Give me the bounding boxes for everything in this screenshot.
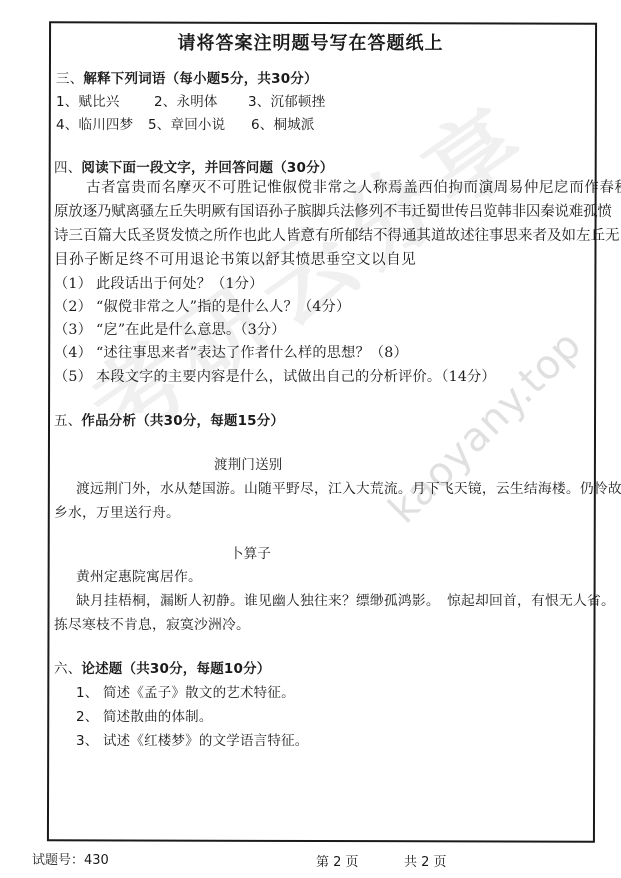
page-number: 第 2 页 <box>316 851 359 870</box>
essay-question-3: 3、 试述《红楼梦》的文学语言特征。 <box>76 732 308 750</box>
passage-line-4: 目孙子断足终不可用退论书策以舒其愤思垂空文以自见 <box>54 251 416 269</box>
question-3-number: （3） <box>54 321 96 339</box>
page-total: 共 2 页 <box>404 851 447 870</box>
passage-line-1: 古者富贵而名摩灭不可胜记惟俶傥非常之人称焉盖西伯拘而演周易仲尼戹而作春秋屈 <box>86 179 621 197</box>
vocab-row-1: 1、赋比兴2、永明体3、沉郁顿挫 <box>56 93 325 111</box>
section-6-title: 论述题（共30分，每题10分） <box>81 661 270 677</box>
essay-question-2: 2、 简述散曲的体制。 <box>76 708 213 726</box>
poem-2-preface: 黄州定惠院寓居作。 <box>76 568 202 586</box>
section-6-number: 六、 <box>54 661 81 677</box>
question-1: （1）此段话出于何处？（1分） <box>54 275 264 293</box>
question-3-text: “戹”在此是什么意思。（3分） <box>96 322 286 338</box>
question-5-text: 本段文字的主要内容是什么，试做出自己的分析评价。（14分） <box>96 369 496 385</box>
section-5-heading: 五、作品分析（共30分，每题15分） <box>54 412 284 430</box>
vocab-item-1: 1、赋比兴 <box>56 93 154 111</box>
section-3-heading: 三、解释下列词语（每小题5分，共30分） <box>56 70 318 88</box>
question-4: （4）“述往事思来者”表达了作者什么样的思想？（8） <box>54 344 408 362</box>
vocab-item-6: 6、桐城派 <box>251 116 315 134</box>
vocab-item-5: 5、章回小说 <box>148 116 251 134</box>
question-5-number: （5） <box>54 368 96 386</box>
question-5: （5）本段文字的主要内容是什么，试做出自己的分析评价。（14分） <box>54 368 496 386</box>
question-2-text: “俶傥非常之人”指的是什么人？（4分） <box>96 299 350 315</box>
question-2-number: （2） <box>54 298 96 316</box>
passage-line-2: 原放逐乃赋离骚左丘失明厥有国语孙子膑脚兵法修列不韦迁蜀世传吕览韩非囚秦说难孤愤 <box>54 203 612 221</box>
question-3: （3）“戹”在此是什么意思。（3分） <box>54 321 286 339</box>
section-3-title: 解释下列词语（每小题5分，共30分） <box>83 71 317 87</box>
poem-1-line-1: 渡远荆门外，水从楚国游。山随平野尽，江入大荒流。月下飞天镜，云生结海楼。仍怜故 <box>76 480 621 498</box>
vocab-row-2: 4、临川四梦5、章回小说6、桐城派 <box>56 116 315 134</box>
section-6-heading: 六、论述题（共30分，每题10分） <box>54 660 270 678</box>
section-5-title: 作品分析（共30分，每题15分） <box>81 413 284 429</box>
poem-2-line-2: 拣尽寒枝不肯息，寂寞沙洲冷。 <box>54 616 250 634</box>
poem-2-line-1: 缺月挂梧桐，漏断人初静。谁见幽人独往来？缥缈孤鸿影。 惊起却回首，有恨无人省。 <box>76 592 615 610</box>
section-4-heading: 四、阅读下面一段文字，并回答问题（30分） <box>54 159 334 177</box>
question-4-text: “述往事思来者”表达了作者什么样的思想？（8） <box>96 345 408 361</box>
poem-1-title: 渡荆门送别 <box>214 456 283 474</box>
exam-code: 试题号：430 <box>32 849 109 868</box>
poem-1-line-2: 乡水，万里送行舟。 <box>54 504 180 522</box>
question-1-text: 此段话出于何处？（1分） <box>96 276 264 292</box>
section-5-number: 五、 <box>54 413 81 429</box>
question-2: （2）“俶傥非常之人”指的是什么人？（4分） <box>54 298 350 316</box>
section-3-number: 三、 <box>56 71 83 87</box>
page-title: 请将答案注明题号写在答题纸上 <box>0 35 621 53</box>
section-4-title: 阅读下面一段文字，并回答问题（30分） <box>81 160 333 176</box>
vocab-item-4: 4、临川四梦 <box>56 116 148 134</box>
passage-line-3: 诗三百篇大氐圣贤发愤之所作也此人皆意有所郁结不得通其道故述往事思来者及如左丘无 <box>54 227 620 245</box>
section-4-number: 四、 <box>54 160 81 176</box>
poem-2-title: 卜算子 <box>230 545 271 563</box>
essay-question-1: 1、 简述《孟子》散文的艺术特征。 <box>76 684 295 702</box>
vocab-item-3: 3、沉郁顿挫 <box>248 93 325 111</box>
vocab-item-2: 2、永明体 <box>154 93 248 111</box>
question-4-number: （4） <box>54 344 96 362</box>
question-1-number: （1） <box>54 275 96 293</box>
